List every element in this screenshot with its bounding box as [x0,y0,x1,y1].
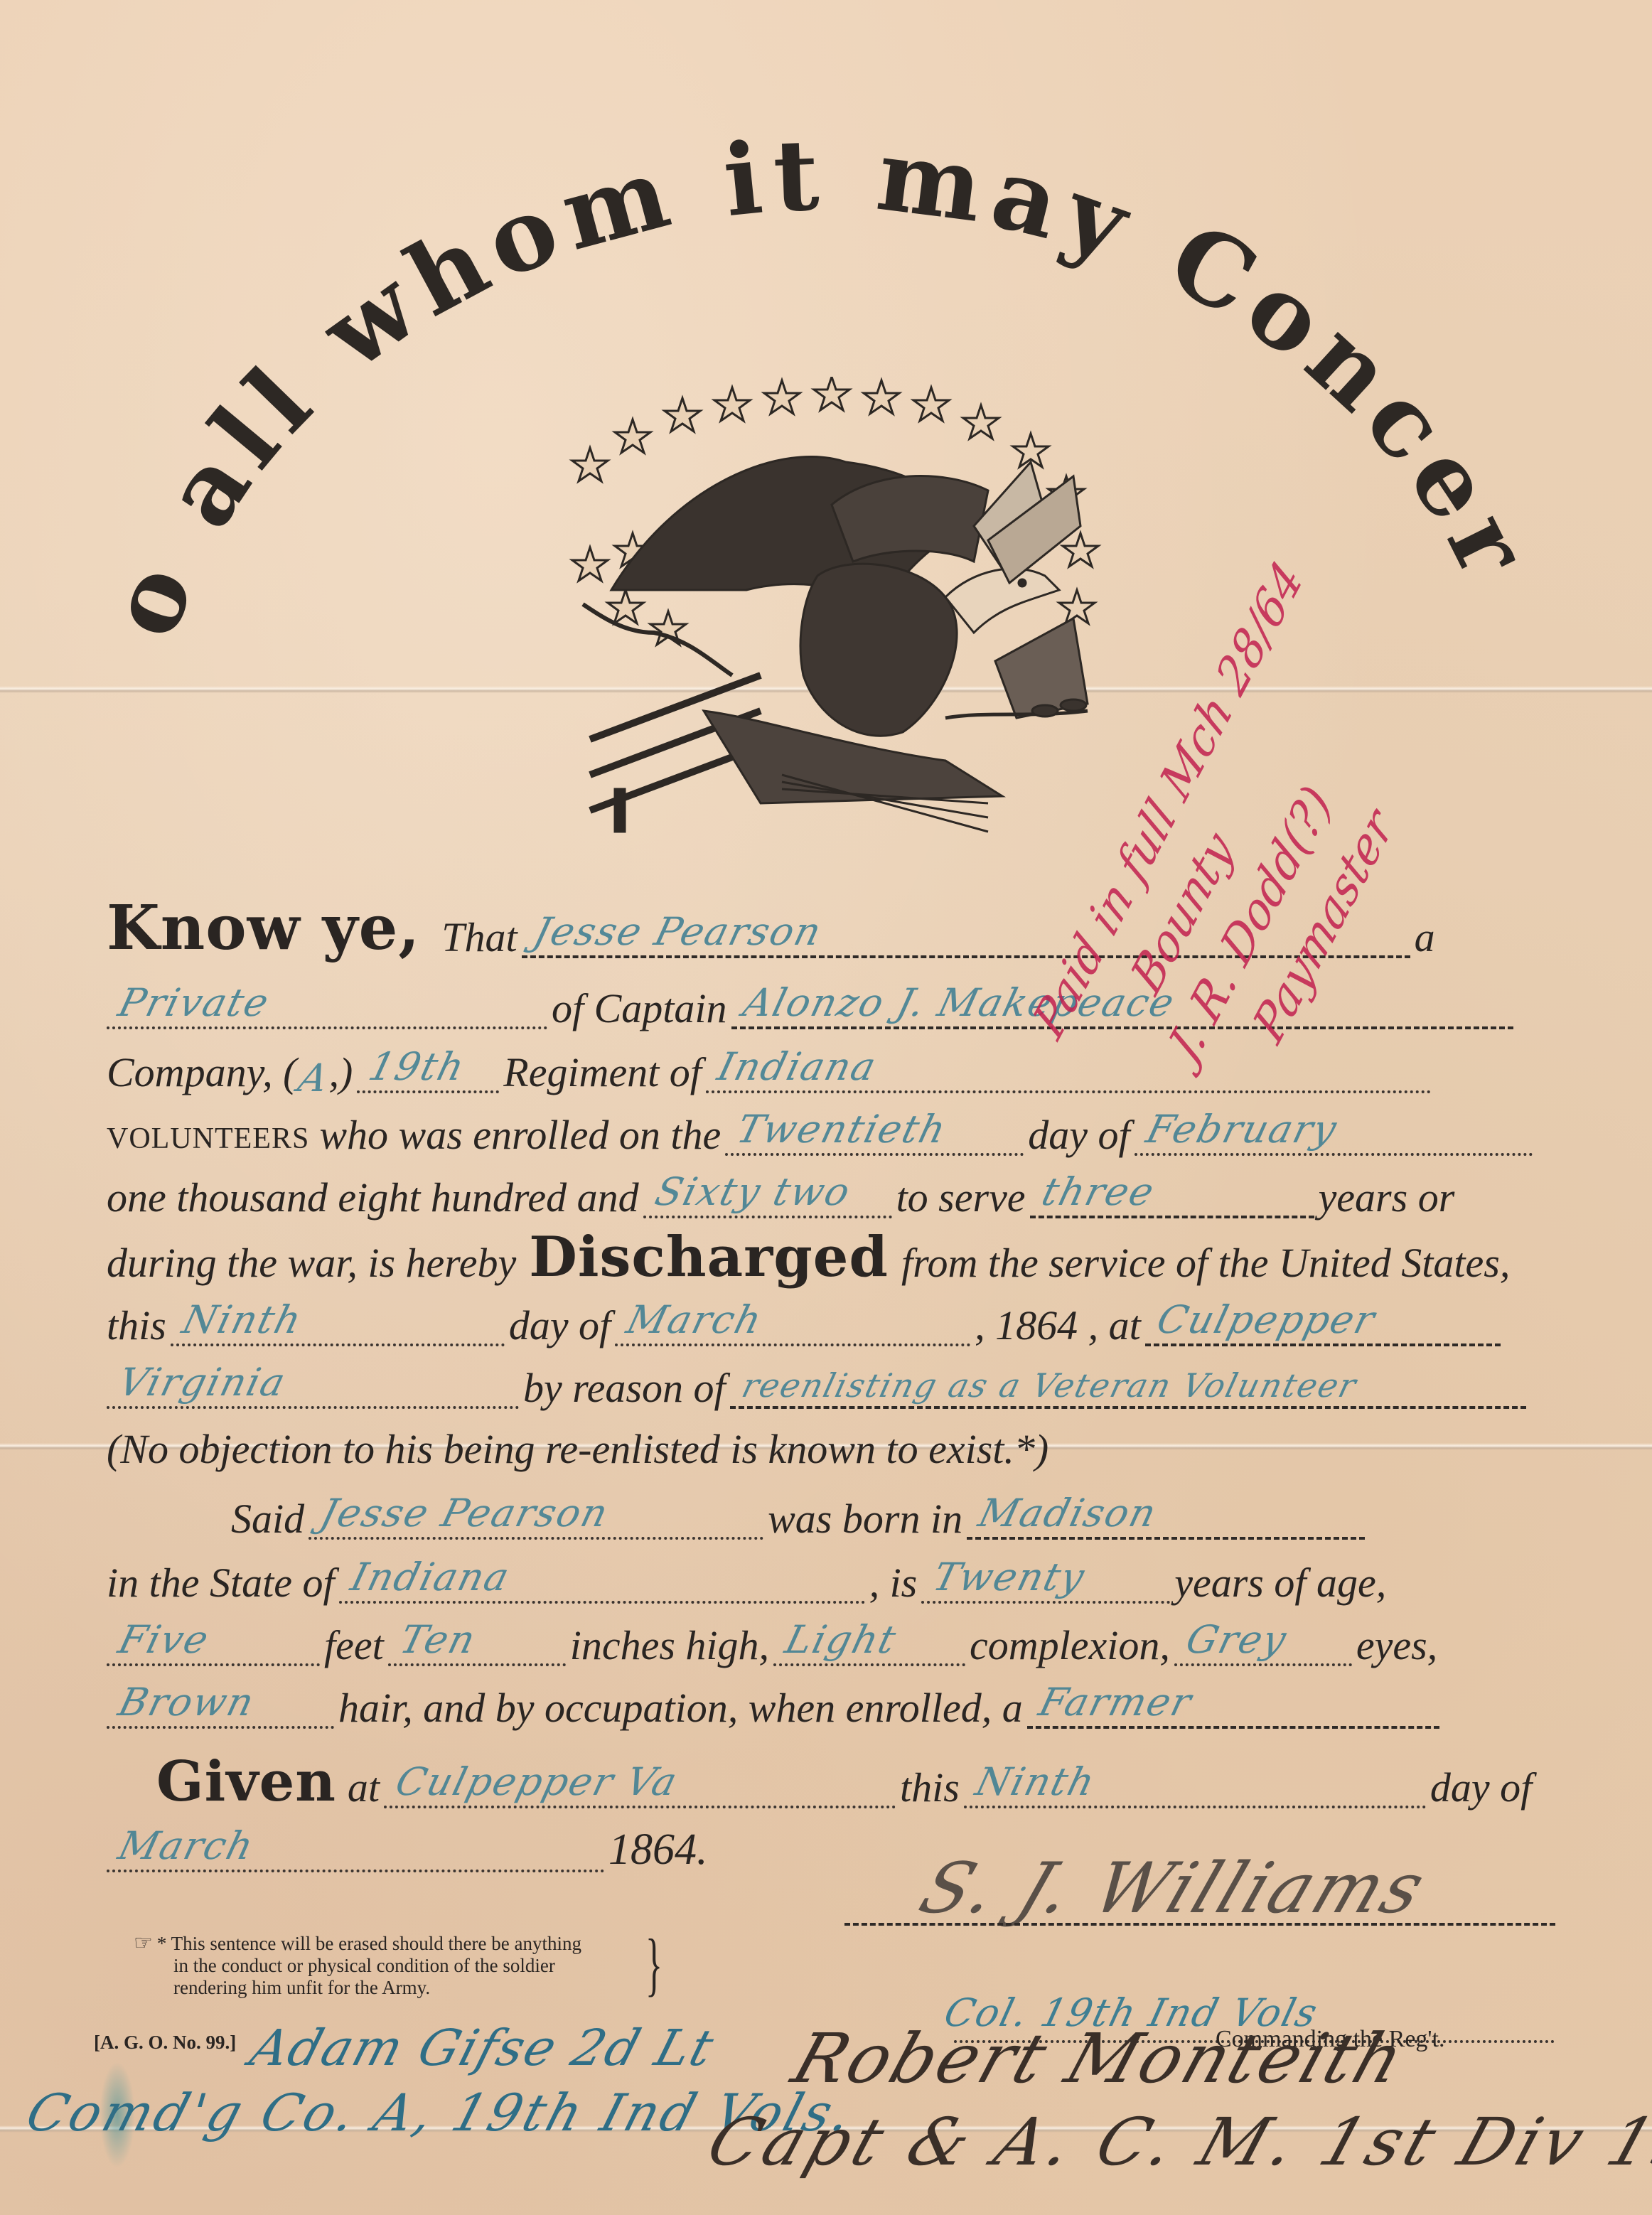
brace-icon: } [645,1932,663,1996]
complexion-field[interactable]: Light [773,1614,965,1666]
given-month-field[interactable]: March [107,1820,604,1872]
label-that: That [441,913,517,967]
eye-color-field[interactable]: Grey [1174,1614,1352,1666]
footnote-line: in the conduct or physical condition of … [134,1955,631,1977]
label-regiment-of: Regiment of [503,1048,702,1102]
age-field[interactable]: Twenty [921,1551,1170,1604]
birth-state-value: Indiana [333,1555,514,1601]
discharge-state-field[interactable]: Virginia [107,1356,519,1409]
label-company: Company, ( [107,1048,296,1102]
label-from-service: from the service of the United States, [901,1239,1510,1292]
commander-signature: S. J. Williams [909,1848,1437,1929]
regiment-number-value: 19th [351,1044,470,1090]
line-discharge-reason: Virginia by reason of reenlisting as a V… [107,1353,1564,1417]
label-of-captain: of Captain [552,985,727,1038]
enroll-year-field[interactable]: Sixty two [643,1166,892,1218]
state-value: Indiana [700,1044,881,1090]
given-day-field[interactable]: Ninth [964,1756,1426,1808]
complexion-value: Light [768,1617,901,1663]
company-officer-signature: Adam Gifse 2d Lt [244,2019,721,2077]
occupation-field[interactable]: Farmer [1027,1676,1439,1729]
birthplace-value: Madison [961,1491,1162,1537]
line-birth-state-age: in the State of Indiana , is Twenty year… [107,1548,1564,1612]
label-said: Said [231,1495,304,1548]
label-during-the-war: during the war, is hereby [107,1239,516,1292]
label-is: , is [869,1559,918,1612]
label-feet: feet [324,1621,384,1675]
line-enrollment-date: VOLUNTEERS who was enrolled on the Twent… [107,1100,1564,1164]
given-place-value: Culpepper Va [378,1759,682,1806]
discharge-reason-value: reenlisting as a Veteran Volunteer [725,1366,1361,1406]
line-discharged: during the war, is hereby Discharged fro… [107,1228,1564,1292]
mustering-officer-signature: Robert Monteith [783,2019,1415,2098]
label-in-the-state-of: in the State of [107,1559,335,1612]
label-was-born-in: was born in [768,1495,962,1548]
birth-state-field[interactable]: Indiana [339,1551,865,1604]
given-year: 1864. [608,1825,708,1881]
hair-color-value: Brown [101,1680,259,1726]
enroll-year-value: Sixty two [637,1169,855,1216]
term-field[interactable]: three [1030,1166,1314,1218]
line-hair-occupation: Brown hair, and by occupation, when enro… [107,1673,1564,1737]
line-rank-captain: Private of Captain Alonzo J. Makepeace [107,974,1564,1038]
term-value: three [1024,1169,1159,1216]
label-at: at [348,1764,380,1817]
label-this: this [900,1764,960,1817]
label-day-of: day of [509,1302,611,1355]
discharge-place-field[interactable]: Culpepper [1145,1294,1501,1346]
given-month-value: March [101,1823,259,1870]
discharge-day-value: Ninth [165,1297,307,1344]
label-eyes: eyes, [1356,1621,1437,1675]
footnote: ☞* This sentence will be erased should t… [134,1932,631,1999]
occupation-value: Farmer [1021,1680,1197,1726]
rank-field[interactable]: Private [107,977,547,1029]
regiment-number-field[interactable]: 19th [357,1041,499,1093]
line-discharge-date: this Ninth day of March , 1864 , at Culp… [107,1291,1564,1355]
label-one-thousand: one thousand eight hundred and [107,1174,639,1227]
line-no-objection: (No objection to his being re-enlisted i… [107,1415,1564,1479]
label-this: this [107,1302,166,1355]
label-complexion: complexion, [970,1621,1170,1675]
given-heading: Given [156,1749,336,1817]
line-enrollment-year: one thousand eight hundred and Sixty two… [107,1163,1564,1227]
label-years-or: years or [1319,1174,1455,1227]
line-company-regiment: Company, ( A ,) 19th Regiment of Indiana [107,1038,1564,1102]
height-inches-field[interactable]: Ten [388,1614,566,1666]
line-birthplace: Said Jesse Pearson was born in Madison [107,1484,1564,1548]
discharge-month-value: March [609,1297,768,1344]
eye-color-value: Grey [1169,1617,1292,1663]
discharge-month-field[interactable]: March [615,1294,970,1346]
company-value[interactable]: A [291,1056,334,1102]
height-feet-value: Five [101,1617,214,1663]
soldier-name-value: Jesse Pearson [516,909,827,955]
enroll-day-value: Twentieth [719,1107,952,1153]
footnote-line: * This sentence will be erased should th… [157,1933,581,1954]
know-ye-heading: Know ye, [107,892,420,967]
label-day-of: day of [1430,1764,1532,1817]
rank-value: Private [101,980,274,1026]
no-objection-clause: (No objection to his being re-enlisted i… [107,1425,1048,1479]
said-name-field[interactable]: Jesse Pearson [309,1487,763,1540]
label-years-of-age: years of age, [1174,1559,1386,1612]
birthplace-field[interactable]: Madison [967,1487,1365,1540]
label-day-of: day of [1028,1111,1130,1164]
mustering-officer-title: Capt & A. C. M. 1st Div 1st A.C. [699,2104,1652,2180]
age-value: Twenty [916,1555,1090,1601]
discharge-day-field[interactable]: Ninth [171,1294,505,1346]
form-id: [A. G. O. No. 99.] [94,2032,236,2054]
label-inches-high: inches high, [570,1621,769,1675]
height-inches-value: Ten [382,1617,481,1663]
said-name-value: Jesse Pearson [303,1491,613,1537]
label-1864-at: , 1864 , at [975,1302,1141,1355]
discharged-heading: Discharged [529,1225,889,1292]
label-volunteers: VOLUNTEERS [107,1122,309,1164]
hair-color-field[interactable]: Brown [107,1676,334,1729]
label-enrolled-on: who was enrolled on the [319,1111,721,1164]
pointing-hand-icon: ☞ [134,1931,153,1955]
label-by-reason-of: by reason of [523,1364,726,1417]
label-to-serve: to serve [896,1174,1026,1227]
signature-line [844,1923,1555,1926]
discharge-state-value: Virginia [101,1360,291,1406]
discharge-place-value: Culpepper [1139,1297,1380,1344]
height-feet-field[interactable]: Five [107,1614,320,1666]
footnote-line: rendering him unfit for the Army. [134,1977,631,1999]
label-hair-occupation: hair, and by occupation, when enrolled, … [338,1684,1023,1737]
given-day-value: Ninth [958,1759,1100,1806]
label-a: a [1415,913,1435,967]
line-physical-description: Five feet Ten inches high, Light complex… [107,1611,1564,1675]
line-given-at: Given at Culpepper Va this Ninth day of [107,1753,1564,1817]
enroll-day-field[interactable]: Twentieth [725,1103,1024,1156]
eagle-illustration-icon [547,377,1137,846]
discharge-reason-field[interactable]: reenlisting as a Veteran Volunteer [730,1356,1526,1409]
given-place-field[interactable]: Culpepper Va [384,1756,896,1808]
